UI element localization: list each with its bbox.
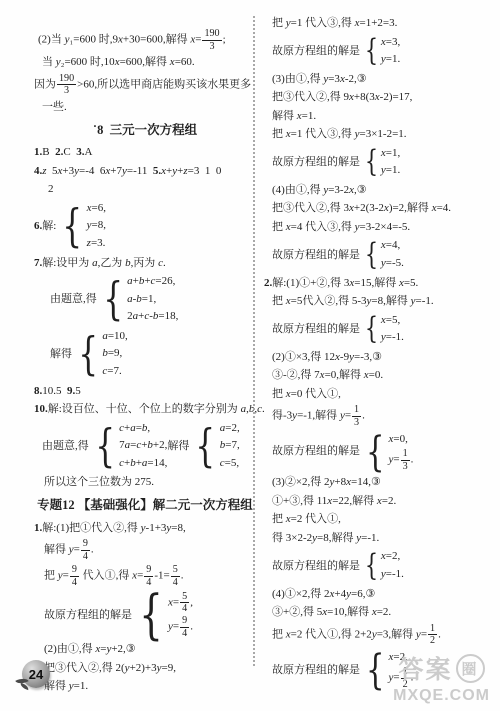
text-run: 由题意,得 bbox=[42, 438, 89, 455]
math-variable: b bbox=[139, 275, 145, 287]
math-variable: x bbox=[349, 184, 354, 196]
watermark-logo-badge-icon: 圈 bbox=[456, 654, 485, 683]
text-run: 把 y=1 代入③,得 x=1+2=3. bbox=[272, 15, 397, 32]
math-variable: y bbox=[69, 544, 74, 556]
math-variable: c bbox=[257, 403, 262, 415]
math-variable: y bbox=[367, 295, 372, 307]
math-variable: x bbox=[330, 588, 335, 600]
equation: x=2, bbox=[381, 548, 404, 566]
left-column: (2)当 y₁=600 时,9x+30=600,解得 x=1903;当 y₂=6… bbox=[34, 26, 256, 697]
left-brace: { bbox=[365, 553, 378, 580]
column-divider bbox=[253, 16, 255, 666]
math-variable: x bbox=[381, 314, 386, 326]
equation-system: {a+b+c=26,a-b=1,2a+c-b=18, bbox=[99, 273, 179, 326]
item-number: 1. bbox=[34, 146, 42, 158]
answer-line: 得 3×2-2y=8,解得 y=-1. bbox=[264, 530, 496, 547]
fraction-denominator: 4 bbox=[180, 628, 189, 640]
answer-line: 把 x=2 代入①,得 2+2y=3,解得 y=12. bbox=[264, 623, 496, 647]
equation-system: {x=0,y=13. bbox=[362, 431, 413, 473]
left-brace: { bbox=[103, 279, 123, 319]
math-variable: y bbox=[69, 680, 74, 692]
answer-line: 把 x=1 代入③,得 y=3×1-2=1. bbox=[264, 126, 496, 143]
math-variable: c bbox=[119, 457, 124, 469]
text-run: 解得 bbox=[50, 346, 72, 363]
math-variable: y bbox=[381, 164, 386, 176]
math-variable: y bbox=[166, 522, 171, 534]
fraction-numerator: 9 bbox=[144, 564, 153, 577]
math-variable: x bbox=[286, 628, 291, 640]
answer-line: 6.解:{x=6,y=8,z=3. bbox=[34, 200, 256, 253]
item-number: 10. bbox=[34, 403, 48, 415]
text-run: 由题意,得 bbox=[50, 291, 97, 308]
fraction-numerator: 190 bbox=[57, 73, 76, 86]
equation: c=7. bbox=[102, 363, 127, 381]
math-variable: c bbox=[144, 310, 149, 322]
text-run: 8.10.5 9.5 bbox=[34, 383, 81, 400]
text-run: ③+②,得 5x=10,解得 x=2. bbox=[272, 604, 391, 621]
text-run: (2)①×3,得 12x-9y=-3,③ bbox=[272, 349, 382, 366]
text-run: 把 x=4 代入③,得 y=3-2×4=-5. bbox=[272, 219, 410, 236]
math-variable: a bbox=[142, 457, 148, 469]
math-variable: a bbox=[102, 330, 108, 342]
answer-line: 解得 y=1. bbox=[34, 678, 256, 695]
math-variable: c bbox=[158, 257, 163, 269]
equation-system: {x=54,y=94. bbox=[134, 591, 193, 640]
text-run: ③-②,得 7x=0,解得 x=0. bbox=[272, 367, 383, 384]
text-run: (4)由①,得 y=3-2x,③ bbox=[272, 182, 367, 199]
math-variable: y bbox=[381, 257, 386, 269]
math-variable: x bbox=[381, 239, 386, 251]
text-run: 专题12 【基础强化】解二元一次方程组 bbox=[37, 496, 253, 515]
item-number: 2. bbox=[55, 146, 63, 158]
watermark-domain: MXQE.COM bbox=[393, 687, 490, 705]
text-run: 把 x=2 代入①,得 2+2y=3,解得 y=12. bbox=[272, 623, 441, 647]
left-brace: { bbox=[95, 426, 115, 466]
text-run: 故原方程组的解是 bbox=[272, 247, 360, 264]
fraction-numerator: 9 bbox=[81, 538, 90, 551]
math-variable: y bbox=[340, 410, 345, 422]
fraction: 94 bbox=[70, 564, 79, 588]
item-number: 2. bbox=[264, 277, 272, 289]
math-variable: y bbox=[355, 221, 360, 233]
equation: y=94. bbox=[168, 615, 193, 639]
math-variable: y bbox=[356, 532, 361, 544]
math-variable: y bbox=[141, 522, 146, 534]
math-variable: b bbox=[147, 439, 153, 451]
math-variable: x bbox=[190, 34, 195, 46]
left-brace: { bbox=[139, 591, 163, 639]
answer-line: 因为1903>60,所以选甲商店能购买该水果更多 bbox=[34, 73, 256, 97]
equation: x=4, bbox=[381, 237, 404, 255]
equation-system: {x=4,y=-5. bbox=[362, 237, 404, 272]
answer-line: 解得 x=1. bbox=[264, 108, 496, 125]
text-run: 4.z 5x+3y=-4 6x+7y=-11 5.x+y+z=3 1 0 bbox=[34, 163, 221, 180]
fraction-numerator: 1 bbox=[401, 448, 410, 461]
answer-line: ③+②,得 5x=10,解得 x=2. bbox=[264, 604, 496, 621]
answer-line: 2 bbox=[34, 181, 256, 198]
equation: x=1, bbox=[381, 145, 400, 163]
math-variable: x bbox=[320, 369, 325, 381]
equation: 7a=c+b+2, bbox=[119, 437, 167, 455]
answer-line: (2)①×3,得 12x-9y=-3,③ bbox=[264, 349, 496, 366]
page-number-badge: 24 bbox=[22, 660, 50, 688]
answer-line: 故原方程组的解是{x=5,y=-1. bbox=[264, 312, 496, 347]
left-brace: { bbox=[366, 433, 385, 470]
equation-lines: a+b+c=26,a-b=1,2a+c-b=18, bbox=[127, 273, 178, 326]
math-variable: x bbox=[375, 91, 380, 103]
math-variable: a bbox=[92, 257, 98, 269]
fraction-denominator: 3 bbox=[62, 85, 71, 97]
math-variable: x bbox=[286, 513, 291, 525]
math-variable: x bbox=[87, 202, 92, 214]
math-variable: b bbox=[136, 293, 142, 305]
equation: y=-1. bbox=[381, 566, 404, 584]
math-variable: x bbox=[327, 495, 332, 507]
answer-line: 故原方程组的解是{x=1,y=1. bbox=[264, 145, 496, 180]
equation: y=1. bbox=[381, 51, 400, 69]
equation-system: {c+a=b,7a=c+b+2,c+b+a=14, bbox=[91, 420, 168, 473]
text-run: 把 x=2 代入①, bbox=[272, 511, 341, 528]
answer-line: ③-②,得 7x=0,解得 x=0. bbox=[264, 367, 496, 384]
math-variable: b bbox=[153, 310, 159, 322]
equation-system: {x=3,y=1. bbox=[362, 34, 400, 69]
math-variable: y bbox=[346, 588, 351, 600]
fraction-denominator: 2 bbox=[428, 635, 437, 647]
text-run: (2)当 y₁=600 时,9x+30=600,解得 x=1903; bbox=[38, 28, 226, 52]
text-run: 故原方程组的解是 bbox=[44, 607, 132, 624]
equation-lines: c+a=b,7a=c+b+2,c+b+a=14, bbox=[119, 420, 167, 473]
equation-system: {a=10,b=9,c=7. bbox=[74, 328, 128, 381]
left-brace: { bbox=[63, 206, 83, 246]
answer-line: 2.解:(1)①+②,得 3x=15,解得 x=5. bbox=[264, 275, 496, 292]
equation: c+a=b, bbox=[119, 420, 167, 438]
answer-line: 解得{a=10,b=9,c=7. bbox=[34, 328, 256, 381]
watermark-logo: 答案 圈 bbox=[393, 650, 490, 686]
answer-line: 故原方程组的解是{x=2,y=-1. bbox=[264, 548, 496, 583]
math-variable: y bbox=[411, 295, 416, 307]
math-variable: y bbox=[172, 165, 177, 177]
fraction-denominator: 4 bbox=[81, 551, 90, 563]
math-variable: y bbox=[286, 17, 291, 29]
math-variable: y bbox=[56, 56, 61, 68]
text-run: (3)由①,得 y=3x-2,③ bbox=[272, 71, 367, 88]
section-header: ˙8 三元一次方程组 bbox=[34, 121, 256, 140]
math-variable: x bbox=[381, 550, 386, 562]
text-run: 把③代入②,得 3x+2(3-2x)=2,解得 x=4. bbox=[272, 200, 451, 217]
fraction-numerator: 9 bbox=[180, 615, 189, 628]
fraction: 13 bbox=[401, 448, 410, 472]
math-variable: x bbox=[346, 476, 351, 488]
equation: x=54, bbox=[168, 591, 193, 615]
item-number: 4. bbox=[34, 165, 42, 177]
textbook-page: (2)当 y₁=600 时,9x+30=600,解得 x=1903;当 y₂=6… bbox=[0, 0, 500, 711]
text-run: 把 x=1 代入③,得 y=3×1-2=1. bbox=[272, 126, 407, 143]
answer-line: 把 x=4 代入③,得 y=3-2×4=-5. bbox=[264, 219, 496, 236]
equation: a=2, bbox=[220, 420, 240, 438]
text-run: 得-3y=-1,解得 y=13. bbox=[272, 404, 365, 428]
answer-line: 1.解:(1)把①代入②,得 y-1+3y=8, bbox=[34, 520, 256, 537]
answer-line: 把③代入②,得 2(y+2)+3y=9, bbox=[34, 660, 256, 677]
fraction-numerator: 5 bbox=[180, 591, 189, 604]
fraction-denominator: 3 bbox=[207, 41, 216, 53]
equation-lines: x=3,y=1. bbox=[381, 34, 400, 69]
text-run: 一些. bbox=[42, 99, 67, 116]
math-variable: x bbox=[286, 221, 291, 233]
math-variable: y bbox=[168, 621, 173, 633]
text-run: 解得 y=1. bbox=[44, 678, 88, 695]
item-number: 1. bbox=[34, 522, 42, 534]
text-run: 2 bbox=[48, 181, 54, 198]
math-variable: y bbox=[323, 73, 328, 85]
answer-line: 把 x=0 代入①, bbox=[264, 386, 496, 403]
fraction-denominator: 3 bbox=[352, 417, 361, 429]
fraction: 94 bbox=[81, 538, 90, 562]
equation-lines: x=4,y=-5. bbox=[381, 237, 404, 272]
text-run: 故原方程组的解是 bbox=[272, 443, 360, 460]
answer-line: 得-3y=-1,解得 y=13. bbox=[264, 404, 496, 428]
watermark: 答案 圈 MXQE.COM bbox=[393, 650, 490, 705]
math-variable: x bbox=[118, 34, 123, 46]
fraction-numerator: 9 bbox=[70, 564, 79, 577]
math-variable: x bbox=[286, 295, 291, 307]
equation: y=-5. bbox=[381, 255, 404, 273]
equation-system: {x=1,y=1. bbox=[362, 145, 400, 180]
math-variable: x bbox=[381, 147, 386, 159]
math-variable: a bbox=[130, 422, 136, 434]
text-run: 把③代入②,得 9x+8(3x-2)=17, bbox=[272, 89, 412, 106]
equation-system: {x=2,y=-1. bbox=[362, 548, 404, 583]
math-variable: x bbox=[349, 202, 354, 214]
fraction-denominator: 4 bbox=[171, 577, 180, 589]
math-variable: x bbox=[432, 202, 437, 214]
fraction: 13 bbox=[352, 404, 361, 428]
answer-line: 故原方程组的解是{x=54,y=94. bbox=[34, 591, 256, 640]
answer-line: 一些. bbox=[34, 99, 256, 116]
equation: a=10, bbox=[102, 328, 127, 346]
answer-line: (4)由①,得 y=3-2x,③ bbox=[264, 182, 496, 199]
answer-line: 由题意,得{a+b+c=26,a-b=1,2a+c-b=18, bbox=[34, 273, 256, 326]
equation-system: {x=6,y=8,z=3. bbox=[58, 200, 106, 253]
math-variable: x bbox=[349, 277, 354, 289]
math-variable: x bbox=[170, 56, 175, 68]
equation-lines: x=1,y=1. bbox=[381, 145, 400, 180]
answer-line: 1.B 2.C 3.A bbox=[34, 144, 256, 161]
text-run: (4)①×2,得 2x+4y=6,③ bbox=[272, 586, 375, 603]
text-run: 得 3×2-2y=8,解得 y=-1. bbox=[272, 530, 379, 547]
fraction-numerator: 5 bbox=[171, 564, 180, 577]
math-variable: y bbox=[312, 532, 317, 544]
equation-lines: a=10,b=9,c=7. bbox=[102, 328, 127, 381]
math-variable: z bbox=[42, 165, 46, 177]
answer-line: 所以这个三位数为 275. bbox=[34, 474, 256, 491]
equation: y=13. bbox=[388, 448, 413, 472]
equation-lines: x=2,y=-1. bbox=[381, 548, 404, 583]
math-variable: x bbox=[105, 165, 110, 177]
math-variable: c bbox=[151, 275, 156, 287]
math-variable: a bbox=[127, 275, 133, 287]
fraction: 1903 bbox=[57, 73, 76, 97]
math-variable: z bbox=[183, 165, 187, 177]
math-variable: x bbox=[355, 17, 360, 29]
text-run: 故原方程组的解是 bbox=[272, 154, 360, 171]
text-run: 2.解:(1)①+②,得 3x=15,解得 x=5. bbox=[264, 275, 418, 292]
math-variable: y bbox=[330, 476, 335, 488]
math-variable: x bbox=[364, 369, 369, 381]
text-run: ˙8 三元一次方程组 bbox=[93, 121, 197, 140]
fraction-denominator: 4 bbox=[70, 577, 79, 589]
math-variable: y bbox=[58, 570, 63, 582]
math-variable: a bbox=[133, 310, 139, 322]
answer-line: 解得 y=94. bbox=[34, 538, 256, 562]
math-variable: x bbox=[399, 277, 404, 289]
item-number: 3. bbox=[76, 146, 84, 158]
math-variable: c bbox=[220, 457, 225, 469]
equation: y=1. bbox=[381, 162, 400, 180]
math-variable: x bbox=[286, 128, 291, 140]
math-variable: y bbox=[388, 454, 393, 466]
math-variable: b bbox=[142, 422, 148, 434]
fraction-numerator: 1 bbox=[428, 623, 437, 636]
text-run: 当 y₂=600 时,10x=600,解得 x=60. bbox=[42, 54, 195, 71]
math-variable: y bbox=[292, 410, 297, 422]
math-variable: y bbox=[355, 128, 360, 140]
equation: y=-1. bbox=[381, 329, 404, 347]
answer-line: (3)由①,得 y=3x-2,③ bbox=[264, 71, 496, 88]
math-variable: y bbox=[125, 662, 130, 674]
equation: x=0, bbox=[388, 431, 413, 449]
math-variable: z bbox=[87, 237, 91, 249]
text-run: 7.解:设甲为 a,乙为 b,丙为 c. bbox=[34, 255, 166, 272]
math-variable: c bbox=[102, 365, 107, 377]
math-variable: y bbox=[372, 628, 377, 640]
answer-line: 由题意,得{c+a=b,7a=c+b+2,c+b+a=14,解得{a=2,b=7… bbox=[34, 420, 256, 473]
text-run: 把 x=5代入②,得 5-3y=8,解得 y=-1. bbox=[272, 293, 434, 310]
text-run: 解得 y=94. bbox=[44, 538, 94, 562]
math-variable: x bbox=[168, 596, 173, 608]
answer-line: 故原方程组的解是{x=0,y=13. bbox=[264, 431, 496, 473]
math-variable: x bbox=[384, 202, 389, 214]
equation-system: {a=2,b=7,c=5, bbox=[191, 420, 239, 473]
math-variable: c bbox=[136, 439, 141, 451]
text-run: (2)由①,得 x=y+2,③ bbox=[44, 641, 136, 658]
text-run: 解得 x=1. bbox=[272, 108, 316, 125]
math-variable: x bbox=[58, 165, 63, 177]
left-brace: { bbox=[196, 426, 216, 466]
equation: x=3, bbox=[381, 34, 400, 52]
math-variable: y bbox=[87, 219, 92, 231]
math-variable: x bbox=[349, 91, 354, 103]
left-brace: { bbox=[365, 242, 378, 269]
fraction-denominator: 4 bbox=[180, 603, 189, 615]
watermark-logo-text: 答案 bbox=[399, 650, 453, 686]
equation: b=7, bbox=[220, 437, 240, 455]
text-run: ①+③,得 11x=22,解得 x=2. bbox=[272, 493, 396, 510]
math-variable: y bbox=[65, 34, 70, 46]
math-variable: a bbox=[127, 293, 133, 305]
math-variable: y bbox=[349, 351, 354, 363]
math-variable: b bbox=[102, 347, 108, 359]
math-variable: y bbox=[381, 53, 386, 65]
item-number: 7. bbox=[34, 257, 42, 269]
right-column: 把 y=1 代入③,得 x=1+2=3.故原方程组的解是{x=3,y=1.(3)… bbox=[264, 13, 496, 693]
answer-line: 把 x=5代入②,得 5-3y=8,解得 y=-1. bbox=[264, 293, 496, 310]
math-variable: x bbox=[161, 165, 166, 177]
math-variable: x bbox=[335, 351, 340, 363]
math-variable: y bbox=[74, 165, 79, 177]
math-variable: y bbox=[122, 165, 127, 177]
equation: z=3. bbox=[87, 235, 106, 253]
math-variable: x bbox=[297, 110, 302, 122]
math-variable: b bbox=[130, 457, 136, 469]
text-run: 所以这个三位数为 275. bbox=[44, 474, 154, 491]
answer-line: ①+③,得 11x=22,解得 x=2. bbox=[264, 493, 496, 510]
fraction-numerator: 190 bbox=[202, 28, 221, 41]
equation: c+b+a=14, bbox=[119, 455, 167, 473]
math-variable: x bbox=[132, 570, 137, 582]
text-run: 因为1903>60,所以选甲商店能购买该水果更多 bbox=[34, 73, 251, 97]
left-brace: { bbox=[365, 149, 378, 176]
math-variable: a bbox=[125, 439, 131, 451]
equation: b=9, bbox=[102, 345, 127, 363]
text-run: 把 x=0 代入①, bbox=[272, 386, 341, 403]
fraction: 1903 bbox=[202, 28, 221, 52]
section-header: 专题12 【基础强化】解二元一次方程组 bbox=[34, 496, 256, 515]
answer-line: 4.z 5x+3y=-4 6x+7y=-11 5.x+y+z=3 1 0 bbox=[34, 163, 256, 180]
equation-lines: a=2,b=7,c=5, bbox=[220, 420, 240, 473]
fraction-numerator: 1 bbox=[352, 404, 361, 417]
math-variable: y bbox=[106, 643, 111, 655]
equation-lines: x=0,y=13. bbox=[388, 431, 413, 473]
text-run: 解得 bbox=[167, 438, 189, 455]
math-variable: y bbox=[381, 568, 386, 580]
math-variable: x bbox=[340, 73, 345, 85]
fraction: 94 bbox=[180, 615, 189, 639]
page-number: 24 bbox=[22, 660, 50, 688]
fraction: 12 bbox=[428, 623, 437, 647]
answer-line: 把③代入②,得 9x+8(3x-2)=17, bbox=[264, 89, 496, 106]
math-variable: x bbox=[322, 606, 327, 618]
equation-system: {x=5,y=-1. bbox=[362, 312, 404, 347]
answer-line: 当 y₂=600 时,10x=600,解得 x=60. bbox=[34, 54, 256, 71]
math-variable: x bbox=[95, 643, 100, 655]
math-variable: y bbox=[323, 184, 328, 196]
equation: a+b+c=26, bbox=[127, 273, 178, 291]
math-variable: y bbox=[157, 662, 162, 674]
text-run: (3)②×2,得 2y+8x=14,③ bbox=[272, 474, 381, 491]
math-variable: x bbox=[372, 606, 377, 618]
answer-line: (4)①×2,得 2x+4y=6,③ bbox=[264, 586, 496, 603]
equation: c=5, bbox=[220, 455, 240, 473]
equation: x=6, bbox=[87, 200, 106, 218]
answer-line: 把③代入②,得 3x+2(3-2x)=2,解得 x=4. bbox=[264, 200, 496, 217]
answer-line: (3)②×2,得 2y+8x=14,③ bbox=[264, 474, 496, 491]
left-brace: { bbox=[365, 38, 378, 65]
equation-lines: x=54,y=94. bbox=[168, 591, 193, 640]
math-variable: y bbox=[416, 628, 421, 640]
math-variable: y bbox=[381, 331, 386, 343]
left-brace: { bbox=[365, 316, 378, 343]
answer-line: (2)当 y₁=600 时,9x+30=600,解得 x=1903; bbox=[34, 28, 256, 52]
answer-line: 把 x=2 代入①, bbox=[264, 511, 496, 528]
answer-line: 7.解:设甲为 a,乙为 b,丙为 c. bbox=[34, 255, 256, 272]
equation-lines: x=5,y=-1. bbox=[381, 312, 404, 347]
math-variable: x bbox=[286, 388, 291, 400]
text-run: 6.解: bbox=[34, 218, 56, 235]
text-run: 把③代入②,得 2(y+2)+3y=9, bbox=[44, 660, 176, 677]
equation: y=8, bbox=[87, 217, 106, 235]
math-variable: b bbox=[220, 439, 226, 451]
text-run: 10.解:设百位、十位、个位上的数字分别为 a,b,c. bbox=[34, 401, 265, 418]
